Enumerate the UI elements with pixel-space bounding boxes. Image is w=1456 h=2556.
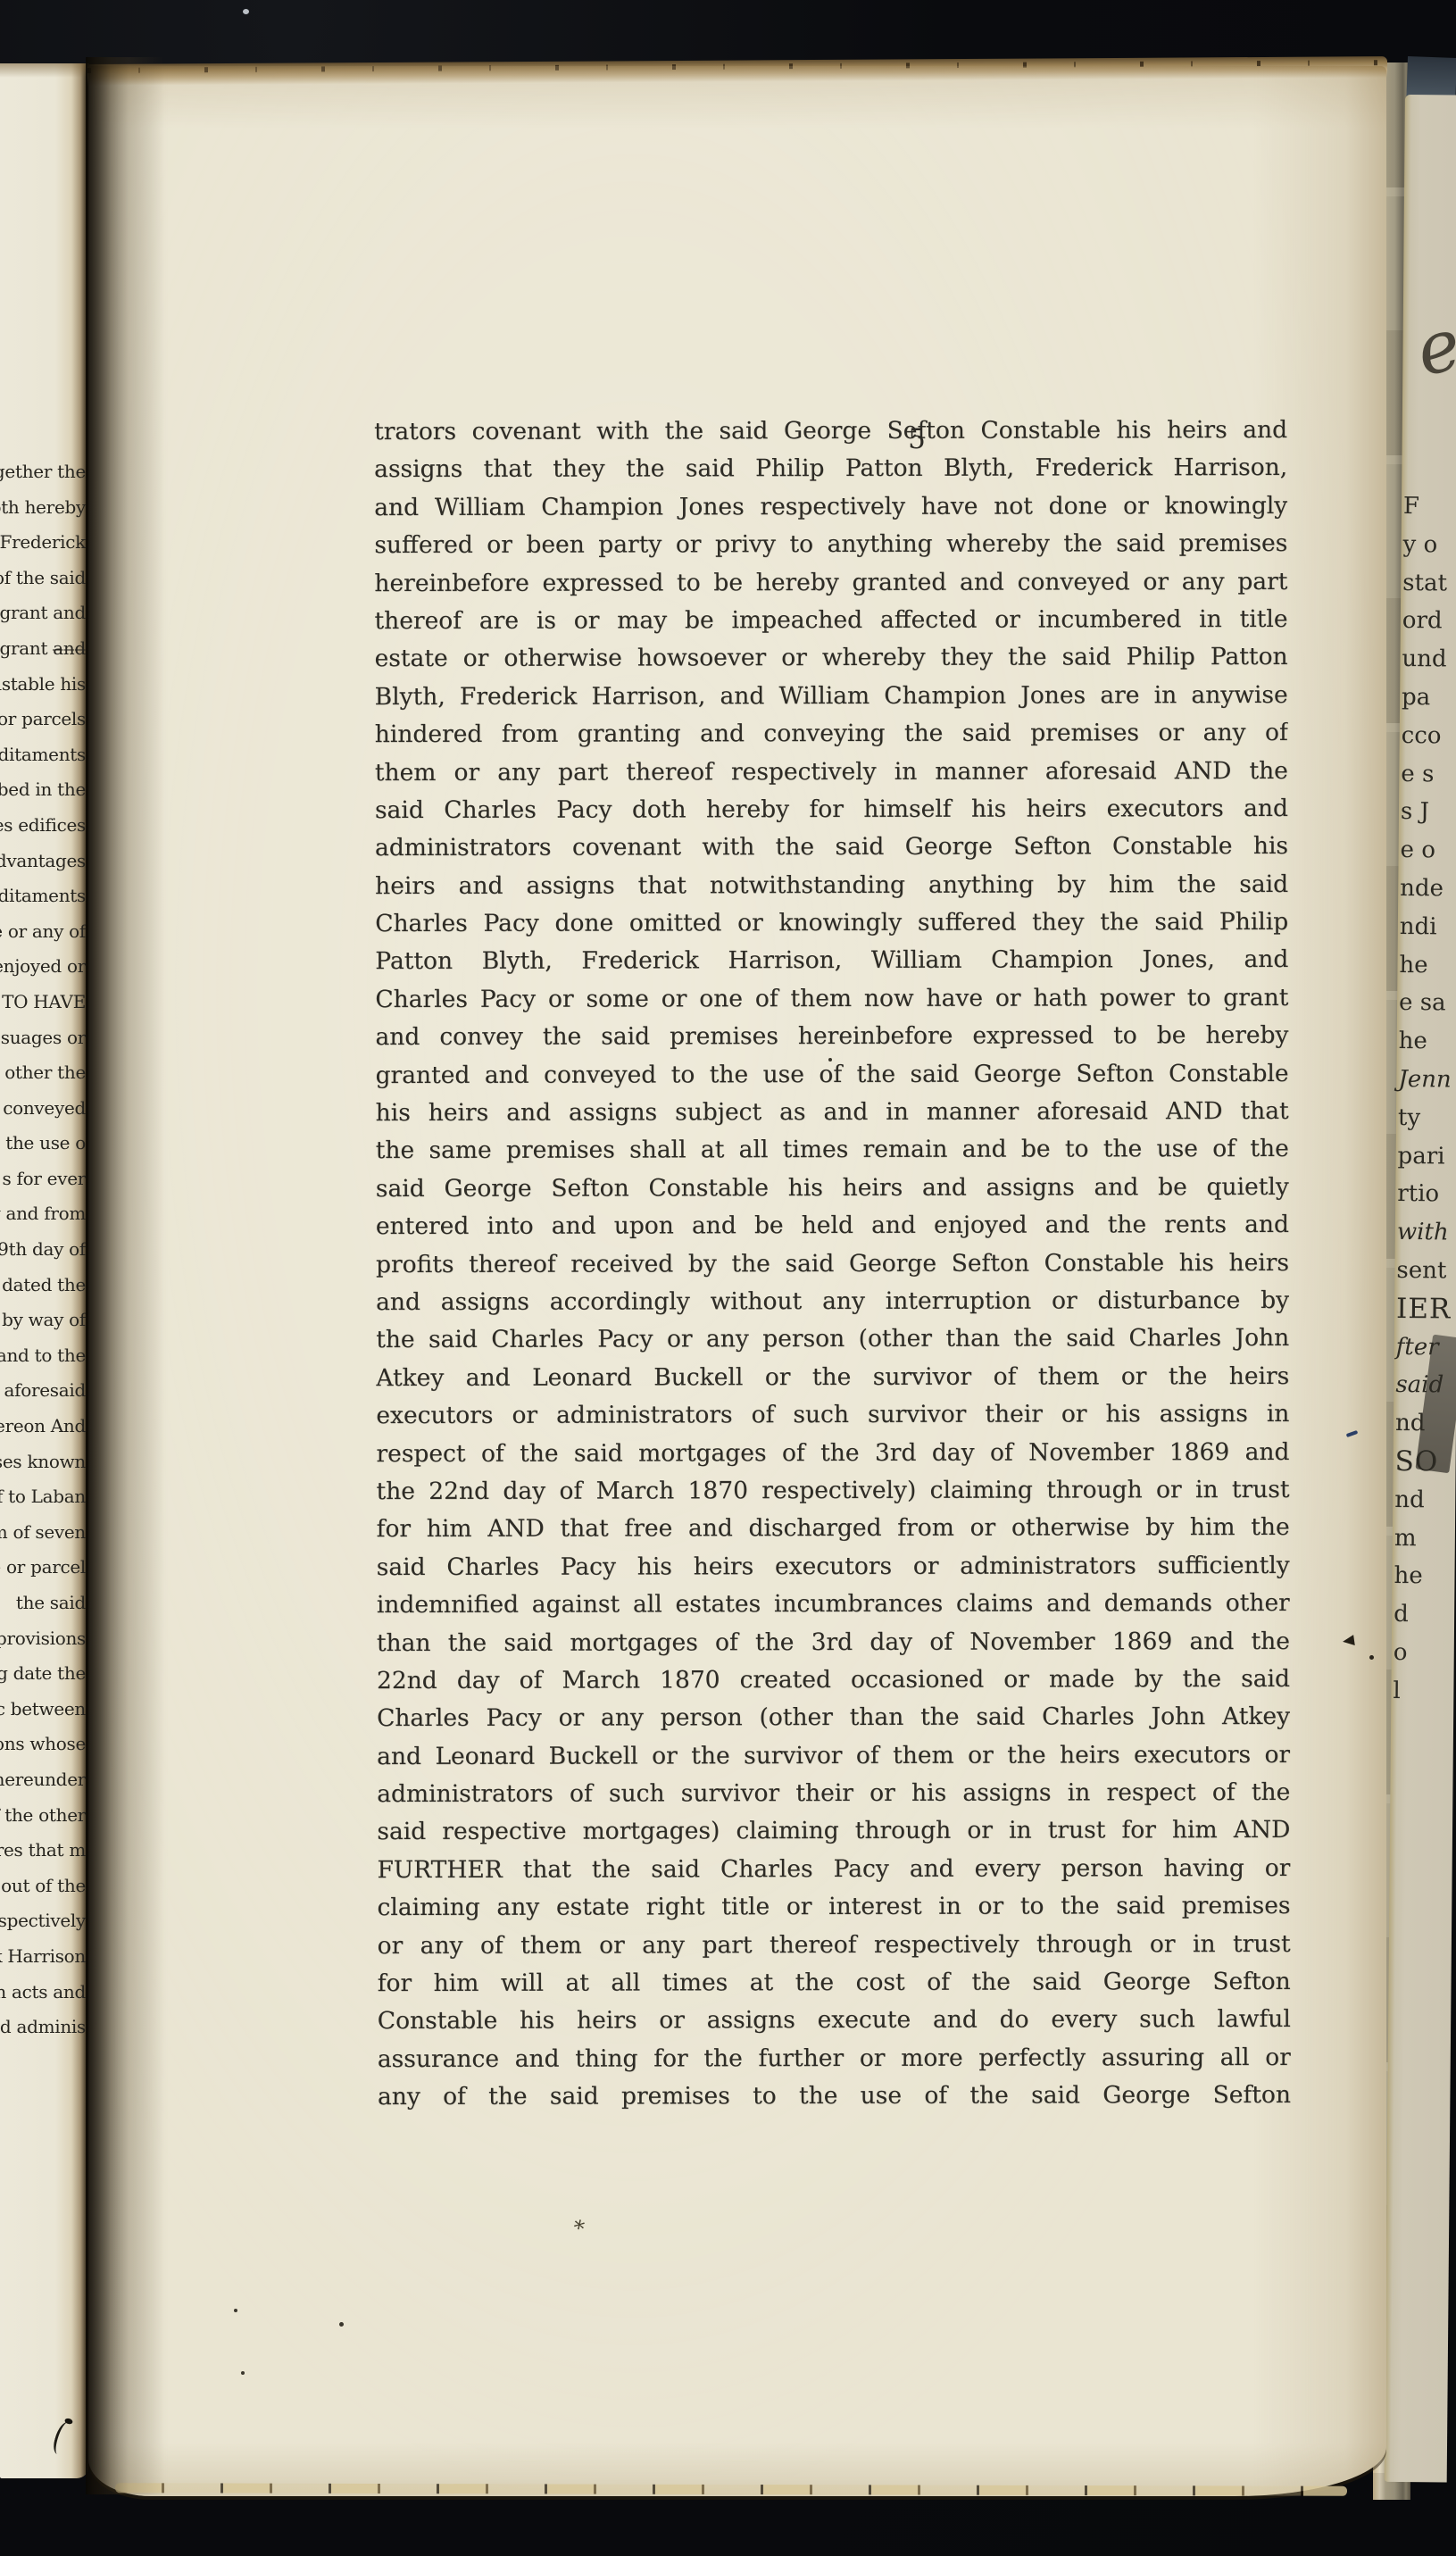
right-page-line-fragment: fter [1396, 1328, 1455, 1366]
body-text-line: indemnified against all estates incumbra… [377, 1585, 1290, 1625]
left-page-line-fragment: other the [0, 1055, 86, 1091]
right-page-line-fragment: pa [1402, 679, 1456, 717]
left-page-line-fragment: nstable his [0, 667, 86, 703]
body-text-line: Atkey and Leonard Buckell or the survivo… [376, 1358, 1289, 1398]
scanned-book-photograph: gether theoth herebyFrederickof the said… [0, 0, 1456, 2556]
left-page-line-fragment: provisions [0, 1621, 86, 1657]
right-page-line-fragment: y o [1402, 526, 1456, 564]
left-page-line-fragment: the said [0, 1586, 86, 1621]
body-text-line: Patton Blyth, Frederick Harrison, Willia… [375, 941, 1288, 981]
body-text-line: for him AND that free and discharged fro… [377, 1509, 1290, 1549]
body-text-line: said Charles Pacy his heirs executors or… [377, 1547, 1290, 1587]
left-page-line-fragment: or parcels [0, 702, 86, 737]
body-text-line: heirs and assigns that notwithstanding a… [375, 866, 1288, 906]
right-page-line-fragment: nd [1395, 1404, 1454, 1443]
paper-speck [339, 2322, 344, 2327]
right-page-line-fragment: SO [1394, 1443, 1453, 1481]
body-text-line: hindered from granting and conveying the… [375, 714, 1288, 754]
body-text-line: assigns that they the said Philip Patton… [374, 449, 1287, 489]
right-page-line-fragment: nde [1400, 870, 1456, 908]
body-text-line: suffered or been party or privy to anyth… [374, 525, 1287, 565]
browned-top-edge [87, 56, 1387, 86]
body-text-line: profits thereof received by the said Geo… [376, 1245, 1289, 1285]
right-page-line-fragment: o [1394, 1634, 1452, 1672]
left-page-line-fragment: editaments [0, 737, 86, 773]
right-page-line-fragment: F [1403, 487, 1456, 526]
body-text-line: Constable his heirs or assigns execute a… [378, 2001, 1291, 2041]
body-text-line: administrators of such survivor their or… [377, 1774, 1290, 1814]
left-page-browned-top-edge [0, 63, 89, 78]
body-text-line: Charles Pacy or some or one of them now … [375, 979, 1288, 1020]
handwritten-ink-flourish: e [1408, 302, 1456, 392]
left-page-line-fragment: e dated the [0, 1268, 86, 1303]
body-text-line: entered into and upon and be held and en… [376, 1206, 1289, 1246]
left-page-line-fragment: Frederick [0, 525, 86, 561]
left-page-line-fragment: s for ever [0, 1161, 86, 1197]
paper-speck [241, 2371, 245, 2375]
body-text-line: the said Charles Pacy or any person (oth… [376, 1320, 1289, 1360]
right-page-line-fragment: m [1394, 1519, 1453, 1557]
right-page-line-fragment: sent [1396, 1252, 1455, 1290]
body-text-line: than the said mortgages of the 3rd day o… [377, 1622, 1290, 1662]
paper-speck [828, 1058, 832, 1062]
body-text-line: estate or otherwise howsoever or whereby… [375, 638, 1288, 679]
right-page-line-fragment: he [1394, 1557, 1452, 1595]
right-page-line-fragment: he [1399, 946, 1456, 985]
left-page-line-fragment: f the other [0, 1798, 86, 1834]
body-text-line: and William Champion Jones respectively … [374, 487, 1287, 528]
right-page-line-fragment: stat [1402, 564, 1456, 603]
small-ink-asterisk: * [570, 2215, 587, 2242]
body-text-line: respect of the said mortgages of the 3rd… [376, 1433, 1289, 1473]
ink-dot [1369, 1655, 1374, 1660]
right-page-line-fragment: e o [1400, 831, 1456, 870]
left-page-line-fragment: enjoyed or [0, 949, 86, 985]
left-page-line-fragment: oth hereby [0, 490, 86, 526]
right-page-line-fragment: l [1393, 1672, 1452, 1711]
body-text-line: for him will at all times at the cost of… [378, 1963, 1291, 2003]
right-page-line-fragment: ord [1402, 602, 1456, 640]
right-page-line-fragment: und [1402, 640, 1456, 679]
left-page-line-fragment: e or parcel [0, 1550, 86, 1586]
left-page-line-fragment: ibed in the [0, 772, 86, 808]
left-page-text-fragments: gether theoth herebyFrederickof the said… [0, 454, 86, 2045]
body-text-line: said Charles Pacy doth hereby for himsel… [375, 790, 1288, 830]
main-document-page: 5 trators covenant with the said George … [88, 66, 1386, 2496]
body-text-line: said George Sefton Constable his heirs a… [376, 1169, 1289, 1209]
body-text-line: FURTHER that the said Charles Pacy and e… [377, 1850, 1290, 1890]
right-page-line-fragment: ndi [1400, 908, 1456, 946]
left-page-line-fragment: res that m [0, 1833, 86, 1869]
body-text-line: thereof are is or may be impeached affec… [374, 601, 1287, 641]
left-page-line-fragment: thereunder [0, 1762, 86, 1798]
left-page-line-fragment: as aforesaid [0, 1373, 86, 1409]
right-page-line-fragment: rtio [1397, 1175, 1456, 1213]
left-page-line-fragment: the use o [0, 1126, 86, 1161]
edge-specks [87, 60, 1387, 73]
left-page-line-fragment: gether the [0, 454, 86, 490]
left-page-line-fragment: and to the [0, 1338, 86, 1374]
left-page-line-fragment: advantages [0, 844, 86, 879]
right-page-line-fragment: he [1399, 1022, 1456, 1061]
left-page-line-fragment: d adminis [0, 2010, 86, 2045]
body-text-line: said respective mortgages) claiming thro… [377, 1811, 1290, 1852]
body-text-line: and Leonard Buckell or the survivor of t… [377, 1736, 1290, 1777]
left-page-line-fragment: TO HAVE [0, 985, 86, 1020]
left-page-line-fragment: grant a̶n̶d̶ [0, 631, 86, 667]
left-page-line-fragment: n acts and [0, 1975, 86, 2011]
right-page-line-fragment: said [1395, 1366, 1454, 1404]
body-text-line: Charles Pacy done omitted or knowingly s… [375, 903, 1288, 944]
right-page-line-fragment: e s [1401, 755, 1456, 794]
dust-speck [243, 9, 249, 14]
left-page-line-fragment: by way of [0, 1303, 86, 1338]
arrow-shaped-ink-blot [1342, 1635, 1355, 1647]
body-text-line: 22nd day of March 1870 created occasione… [377, 1661, 1290, 1701]
left-page-line-fragment: f to Laban [0, 1479, 86, 1515]
left-page-line-fragment: grant and [0, 595, 86, 631]
left-page-line-fragment: ses edifices [0, 808, 86, 844]
body-text-line: and assigns accordingly without any inte… [376, 1282, 1289, 1322]
body-text-line: them or any part thereof respectively in… [375, 752, 1288, 792]
right-page-line-fragment: d [1394, 1595, 1452, 1634]
left-page-line-fragment: y and from [0, 1196, 86, 1232]
body-text-line: Charles Pacy or any person (other than t… [377, 1698, 1290, 1738]
body-text-line: hereinbefore expressed to be hereby gran… [374, 562, 1287, 603]
left-page-line-fragment: essuages or [0, 1020, 86, 1056]
right-page-line-fragment: cco [1402, 717, 1456, 755]
body-text-line: or any of them or any part thereof respe… [378, 1926, 1291, 1966]
left-page-line-fragment: k Harrison [0, 1939, 86, 1975]
body-text-line: granted and conveyed to the use of the s… [376, 1055, 1289, 1095]
left-page-line-fragment: m of seven [0, 1515, 86, 1551]
left-page-line-fragment: 29th day of [0, 1232, 86, 1268]
body-text-line: and convey the said premises hereinbefor… [375, 1017, 1288, 1057]
body-text-line: claiming any estate right title or inter… [377, 1887, 1290, 1927]
left-page-line-fragment: editaments [0, 878, 86, 914]
right-page-line-fragment: ty [1398, 1099, 1456, 1137]
body-text-line: assurance and thing for the further or m… [378, 2039, 1291, 2079]
cracked-bottom-edge [115, 2483, 1347, 2496]
body-text-line: Blyth, Frederick Harrison, and William C… [375, 677, 1288, 717]
body-text-line: any of the said premises to the use of t… [378, 2077, 1291, 2117]
body-text-line: trators covenant with the said George Se… [374, 412, 1287, 452]
right-page-line-fragment: IER [1396, 1290, 1455, 1328]
body-text-block: trators covenant with the said George Se… [374, 412, 1291, 2117]
right-page-text-fragments: Fy ostatordundpaccoe ss Je ondendihee sa… [1393, 487, 1456, 1711]
body-text-line: the same premises shall at all times rem… [376, 1130, 1289, 1170]
left-page-line-fragment: sons whose [0, 1727, 86, 1762]
right-page-line-fragment: pari [1397, 1137, 1456, 1176]
right-page-line-fragment: s J [1401, 793, 1456, 831]
right-page-line-fragment: Jenn [1398, 1061, 1456, 1099]
left-page-line-fragment: d conveyed [0, 1091, 86, 1127]
left-page-line-fragment: of the said [0, 561, 86, 596]
left-page-line-fragment: c between [0, 1692, 86, 1728]
left-page-line-fragment: g date the [0, 1656, 86, 1692]
right-page-line-fragment: nd [1394, 1481, 1453, 1519]
left-page-line-fragment: ises known [0, 1445, 86, 1480]
body-text-line: the 22nd day of March 1870 respectively)… [376, 1471, 1289, 1511]
left-page-sliver: gether theoth herebyFrederickof the said… [0, 63, 89, 2478]
body-text-line: executors or administrators of such surv… [376, 1395, 1289, 1436]
left-page-line-fragment: e or any of [0, 914, 86, 950]
right-page-line-fragment: e sa [1399, 984, 1456, 1022]
body-text-line: administrators covenant with the said Ge… [375, 828, 1288, 868]
body-text-line: his heirs and assigns subject as and in … [376, 1093, 1289, 1133]
paper-speck [234, 2309, 237, 2312]
right-page-line-fragment: with [1397, 1213, 1456, 1252]
left-page-line-fragment: out of the [0, 1869, 86, 1904]
left-page-line-fragment: ereon And [0, 1409, 86, 1445]
left-page-line-fragment: espectively [0, 1903, 86, 1939]
